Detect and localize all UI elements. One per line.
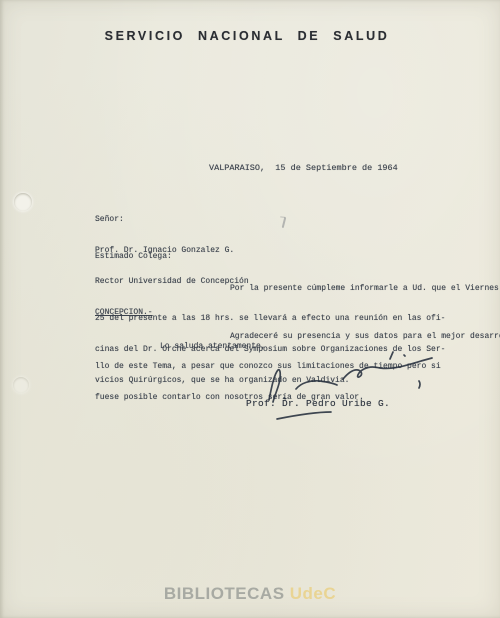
- body-line: Por la presente cúmpleme informarle a Ud…: [95, 284, 455, 294]
- watermark-institution-text: UdeC: [285, 584, 337, 603]
- dateline: VALPARAISO, 15 de Septiembre de 1964: [209, 163, 398, 173]
- signature-name: Prof. Dr. Pedro Uribe G.: [246, 398, 390, 409]
- hole-punch-top: [14, 193, 32, 211]
- letter-greeting: Estimado Colega:: [95, 252, 172, 261]
- signature-ink: [240, 347, 440, 429]
- watermark-library-text: BIBLIOTECAS: [164, 584, 285, 603]
- letter-page: SERVICIO NACIONAL DE SALUD VALPARAISO, 1…: [0, 0, 500, 618]
- stray-pen-mark: [282, 217, 286, 228]
- library-watermark: BIBLIOTECAS UdeC: [0, 584, 500, 604]
- recipient-salutation: Señor:: [95, 215, 249, 225]
- body-line: Agradeceré su presencia y sus datos para…: [95, 332, 455, 342]
- letterhead-title: SERVICIO NACIONAL DE SALUD: [0, 29, 494, 43]
- hole-punch-bottom: [13, 377, 29, 393]
